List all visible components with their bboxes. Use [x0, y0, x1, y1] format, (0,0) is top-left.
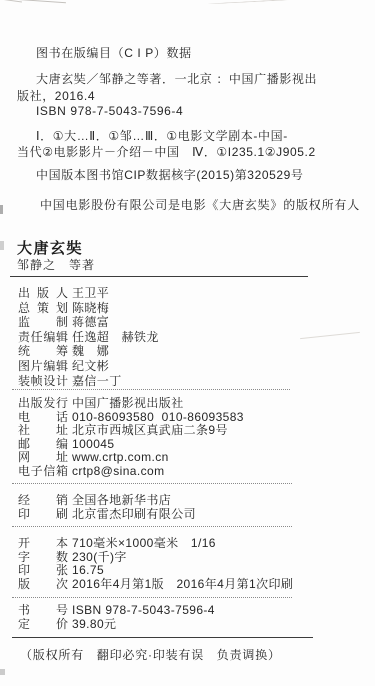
- row-value: www.crtp.com.cn: [72, 451, 169, 465]
- row-value: 710毫米×1000毫米 1/16: [72, 537, 216, 551]
- print-specs: 开本710毫米×1000毫米 1/16 字数230(千)字 印张16.75 版次…: [18, 537, 293, 591]
- distribution-row: 经销全国各地新华书店: [18, 494, 196, 508]
- row-value: 嘉信一丁: [72, 374, 122, 389]
- price-row: 定价39.80元: [18, 618, 215, 632]
- row-label: 图片编辑: [18, 359, 68, 374]
- staff-row: 出版人王卫平: [18, 286, 159, 301]
- row-label: 网址: [18, 451, 68, 465]
- cip-header: 图书在版编目（C I P）数据: [36, 44, 192, 61]
- staff-row: 监制蒋德富: [18, 315, 159, 330]
- scan-smudge: [300, 332, 360, 339]
- row-label: 经销: [18, 494, 68, 508]
- dotted-divider-1: [12, 389, 290, 390]
- film-rights-notice: 中国电影股份有限公司是电影《大唐玄奘》的版权所有人: [40, 196, 360, 213]
- row-label: 电子信箱: [18, 465, 68, 479]
- dotted-divider-2: [12, 483, 292, 484]
- cip-entry-line2: 版社，2016.4: [17, 87, 95, 104]
- row-value: 全国各地新华书店: [72, 494, 171, 508]
- title-divider-line: [10, 276, 308, 277]
- row-value: 任逸超 赫铁龙: [72, 330, 159, 345]
- spec-row: 字数230(千)字: [18, 551, 293, 565]
- row-value: crtp8@sina.com: [72, 465, 164, 479]
- staff-row: 图片编辑纪文彬: [18, 359, 159, 374]
- row-label: 统筹: [18, 344, 68, 359]
- staff-row: 总策划陈晓梅: [18, 301, 159, 316]
- row-label: 出版人: [18, 286, 68, 301]
- row-label: 印张: [18, 564, 68, 578]
- row-label: 社址: [18, 424, 68, 438]
- isbn-row: 书号ISBN 978-7-5043-7596-4: [18, 604, 215, 618]
- staff-row: 统筹魏 娜: [18, 344, 159, 359]
- row-label: 监制: [18, 315, 68, 330]
- row-value: 2016年4月第1版 2016年4月第1次印刷: [72, 578, 293, 592]
- row-value: 北京雷杰印刷有限公司: [72, 508, 196, 522]
- publisher-row: 出版发行中国广播影视出版社: [18, 397, 244, 411]
- publisher-row: 网址www.crtp.com.cn: [18, 451, 244, 465]
- row-value: 王卫平: [72, 286, 109, 301]
- scan-smudge: [0, 0, 22, 3]
- footer-divider-line: [12, 637, 313, 638]
- row-value: 蒋德富: [72, 315, 109, 330]
- staff-row: 装帧设计嘉信一丁: [18, 374, 159, 389]
- publisher-row: 社址北京市西城区真武庙二条9号: [18, 424, 244, 438]
- dotted-divider-4: [12, 597, 292, 598]
- isbn-price: 书号ISBN 978-7-5043-7596-4 定价39.80元: [18, 604, 215, 631]
- row-value: 陈晓梅: [72, 301, 109, 316]
- book-author: 邹静之 等著: [17, 256, 95, 273]
- distribution-info: 经销全国各地新华书店 印刷北京雷杰印刷有限公司: [18, 494, 196, 521]
- scan-smudge: [208, 0, 338, 4]
- cip-record-number: 中国版本图书馆CIP数据核字(2015)第320529号: [36, 166, 304, 183]
- row-label: 定价: [18, 618, 68, 632]
- row-label: 字数: [18, 551, 68, 565]
- publisher-row: 电子信箱crtp8@sina.com: [18, 465, 244, 479]
- cip-classification-line2: 当代②电影影片－介绍－中国 Ⅳ．①I235.1②J905.2: [17, 143, 316, 160]
- row-label: 书号: [18, 604, 68, 618]
- book-title: 大唐玄奘: [17, 237, 83, 258]
- cip-isbn: ISBN 978-7-5043-7596-4: [36, 104, 183, 118]
- row-value: 北京市西城区真武庙二条9号: [72, 424, 228, 438]
- row-value: 纪文彬: [72, 359, 109, 374]
- copyright-page: 图书在版编目（C I P）数据 大唐玄奘／邹静之等著．一北京 ：中国广播影视出 …: [0, 0, 375, 686]
- row-value: 16.75: [72, 564, 104, 578]
- row-label: 责任编辑: [18, 330, 68, 345]
- staff-credits: 出版人王卫平 总策划陈晓梅 监制蒋德富 责任编辑任逸超 赫铁龙 统筹魏 娜 图片…: [18, 286, 159, 388]
- row-label: 装帧设计: [18, 374, 68, 389]
- scan-speck: [0, 205, 3, 214]
- row-value: 230(千)字: [72, 551, 127, 565]
- spec-row: 版次2016年4月第1版 2016年4月第1次印刷: [18, 578, 293, 592]
- distribution-row: 印刷北京雷杰印刷有限公司: [18, 508, 196, 522]
- dotted-divider-3: [12, 526, 292, 527]
- row-label: 出版发行: [18, 397, 68, 411]
- staff-row: 责任编辑任逸超 赫铁龙: [18, 330, 159, 345]
- row-value: 39.80元: [72, 618, 116, 632]
- row-label: 版次: [18, 578, 68, 592]
- spec-row: 开本710毫米×1000毫米 1/16: [18, 537, 293, 551]
- row-value: ISBN 978-7-5043-7596-4: [72, 604, 215, 618]
- scan-speck: [0, 241, 4, 250]
- copyright-notice: （版权所有 翻印必究·印装有误 负责调换）: [20, 646, 281, 663]
- row-value: 100045: [72, 438, 114, 452]
- row-label: 印刷: [18, 508, 68, 522]
- row-label: 总策划: [18, 301, 68, 316]
- cip-classification-line1: Ⅰ．①大…Ⅱ．①邹…Ⅲ．①电影文学剧本-中国-: [36, 127, 288, 144]
- row-label: 开本: [18, 537, 68, 551]
- row-value: 魏 娜: [72, 344, 109, 359]
- cip-entry-line1: 大唐玄奘／邹静之等著．一北京 ：中国广播影视出: [36, 70, 317, 87]
- row-value: 中国广播影视出版社: [72, 397, 184, 411]
- scan-speck: [0, 669, 5, 675]
- publisher-info: 出版发行中国广播影视出版社 电话010-86093580 010-8609358…: [18, 397, 244, 479]
- spec-row: 印张16.75: [18, 564, 293, 578]
